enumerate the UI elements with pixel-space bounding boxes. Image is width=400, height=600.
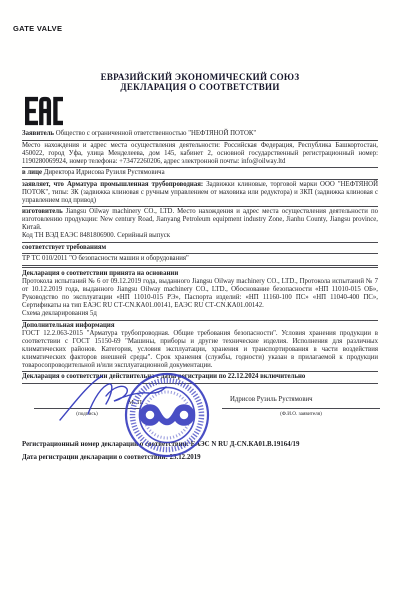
manufacturer-row: изготовитель Jiangsu Oilway machinery CO… (22, 207, 378, 243)
product-tag: GATE VALVE (13, 24, 62, 33)
complies-label: соответствует требованиям (22, 244, 106, 251)
product-row: заявляет, что Арматура промышленная труб… (22, 180, 378, 208)
applicant-address-row: Место нахождения и адрес места осуществл… (22, 141, 378, 169)
title-declaration-line: ДЕКЛАРАЦИЯ О СООТВЕТСТВИИ (0, 82, 400, 92)
document-body: Заявитель Общество с ограниченной ответс… (0, 126, 400, 462)
applicant-label: Заявитель (22, 130, 54, 137)
title-union-line: ЕВРАЗИЙСКИЙ ЭКОНОМИЧЕСКИЙ СОЮЗ (0, 72, 400, 82)
basis-section: Декларация о соответствии принята на осн… (22, 267, 378, 321)
signature-icon (52, 374, 172, 424)
eac-logo-icon (25, 96, 63, 126)
basis-heading: Декларация о соответствии принята на осн… (22, 270, 378, 278)
additional-info-text: ГОСТ 12.2.063-2015 "Арматура трубопровод… (22, 330, 378, 370)
product-name: Арматура промышленная трубопроводная: (67, 181, 203, 188)
additional-info-section: Дополнительная информация ГОСТ 12.2.063-… (22, 321, 378, 373)
manufacturer-value: Jiangsu Oilway machinery CO., LTD. Место… (22, 208, 378, 231)
document-title: ЕВРАЗИЙСКИЙ ЭКОНОМИЧЕСКИЙ СОЮЗ ДЕКЛАРАЦИ… (0, 0, 400, 92)
regulation-row: ТР ТС 010/2011 "О безопасности машин и о… (22, 254, 378, 266)
applicant-row: Заявитель Общество с ограниченной ответс… (22, 129, 378, 141)
in-person-label: в лице (22, 169, 42, 176)
declaration-document: GATE VALVE ЕВРАЗИЙСКИЙ ЭКОНОМИЧЕСКИЙ СОЮ… (0, 0, 400, 600)
signature-area: М. П. (подпись) Идрисов Рузиль Рустямови… (22, 384, 378, 436)
manufacturer-label: изготовитель (22, 208, 63, 215)
signer-name: Идрисов Рузиль Рустямович (230, 396, 313, 404)
tnved-code-line: Код ТН ВЭД ЕАЭС 8481806900. Серийный вып… (22, 232, 378, 240)
complies-row: соответствует требованиям (22, 243, 378, 255)
signer-name-caption: (Ф.И.О. заявителя) (222, 410, 380, 418)
applicant-value: Общество с ограниченной ответственностью… (56, 130, 256, 137)
additional-info-heading: Дополнительная информация (22, 322, 378, 330)
in-person-row: в лице Директора Идрисова Рузиля Рустямо… (22, 168, 378, 180)
scheme-line: Схема декларирования 5д (22, 310, 378, 318)
in-person-value: Директора Идрисова Рузиля Рустямовича (44, 169, 165, 176)
signer-name-line (222, 408, 380, 409)
declares-label: заявляет, что (22, 181, 64, 188)
basis-text: Протокола испытаний № 6 от 09.12.2019 го… (22, 278, 378, 310)
